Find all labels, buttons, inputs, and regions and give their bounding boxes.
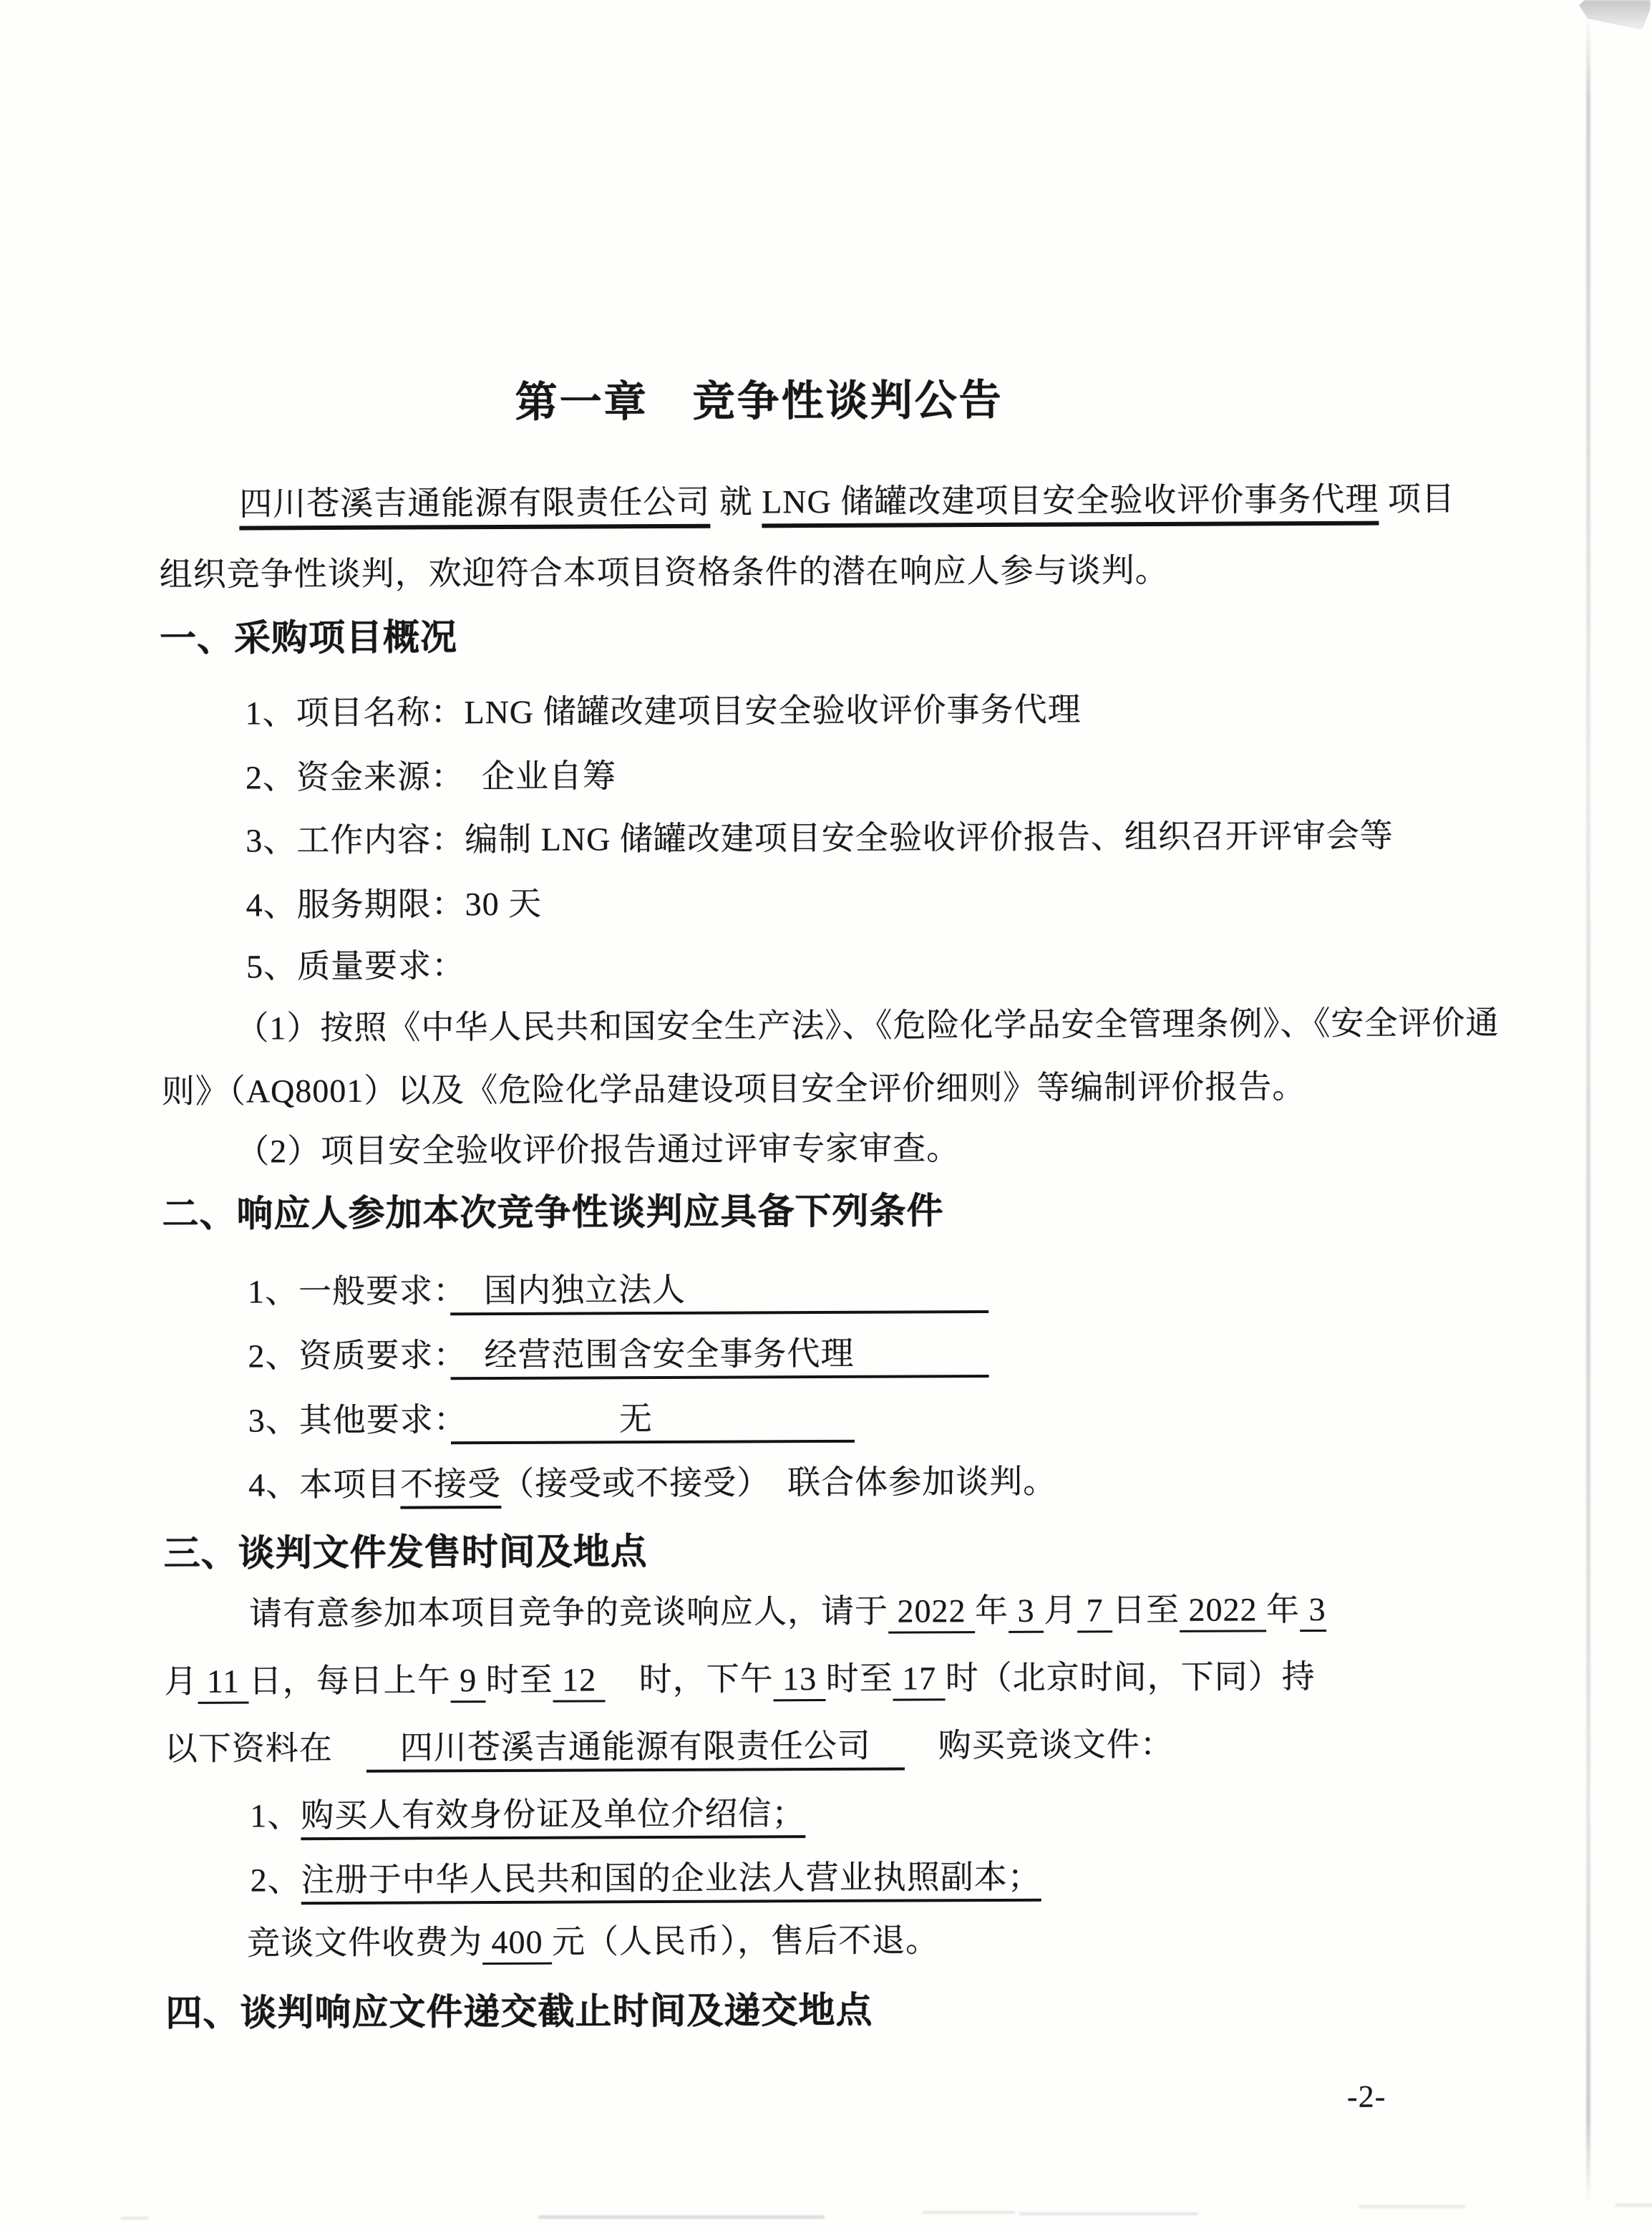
material1-text-underlined: 购买人有效身份证及单位介绍信； — [301, 1795, 805, 1840]
pm-to-hour-underlined: 17 — [893, 1660, 946, 1700]
intro-tail: 项目 — [1379, 480, 1455, 517]
fee-post: 元（人民币），售后不退。 — [552, 1922, 939, 1960]
s3-l2-text1: 月 — [164, 1663, 198, 1700]
s3-l1-text3: 月 — [1044, 1592, 1077, 1628]
document-content: 第一章 竞争性谈判公告 四川苍溪吉通能源有限责任公司 就 LNG 储罐改建项目安… — [0, 0, 1652, 2231]
s3-material-1: 1、购买人有效身份证及单位介绍信； — [250, 1787, 805, 1836]
year-end-underlined: 2022 — [1180, 1591, 1266, 1632]
s3-fee-line: 竞谈文件收费为 400 元（人民币），售后不退。 — [247, 1914, 939, 1964]
section1-heading: 一、采购项目概况 — [160, 607, 457, 662]
s2-item-consortium: 4、本项目不接受（接受或不接受） 联合体参加谈判。 — [248, 1456, 1056, 1506]
s2-item-general-req: 1、一般要求： 国内独立法人 — [248, 1262, 988, 1313]
year-start-underlined: 2022 — [888, 1592, 975, 1634]
month-start-underlined: 3 — [1009, 1592, 1044, 1633]
consortium-pre: 4、本项目 — [248, 1466, 400, 1504]
am-to-hour-underlined: 12 — [553, 1661, 606, 1702]
s3-l2-text6: 时（北京时间，下同）持 — [946, 1658, 1316, 1696]
day-start-underlined: 7 — [1077, 1592, 1112, 1632]
consortium-value-underlined: 不接受 — [400, 1466, 501, 1509]
s3-para-line1: 请有意参加本项目竞争的竞谈响应人，请于 2022 年 3 月 7 日至 2022… — [249, 1583, 1326, 1635]
s3-l2-text3: 时至 — [486, 1662, 553, 1698]
intro-joiner: 就 — [710, 483, 762, 520]
s3-l1-text1: 请有意参加本项目竞争的竞谈响应人，请于 — [249, 1593, 888, 1632]
pm-from-hour-underlined: 13 — [774, 1660, 826, 1701]
s1-item-project-name: 1、项目名称：LNG 储罐改建项目安全验收评价事务代理 — [245, 683, 1081, 734]
material2-num: 2、 — [251, 1862, 301, 1898]
s3-para-line3: 以下资料在 四川苍溪吉通能源有限责任公司 购买竞谈文件： — [165, 1718, 1174, 1770]
intro-line-1: 四川苍溪吉通能源有限责任公司 就 LNG 储罐改建项目安全验收评价事务代理 项目 — [239, 473, 1455, 525]
scan-artifact-smudge — [1615, 2204, 1652, 2207]
page-number: -2- — [1347, 2078, 1386, 2115]
other-req-value-underlined: 无 — [451, 1400, 855, 1444]
s3-l3-text2: 购买竞谈文件： — [905, 1726, 1174, 1764]
s3-l2-text5: 时至 — [826, 1660, 893, 1697]
s1-item-quality-req: 5、质量要求： — [246, 939, 465, 987]
section4-heading: 四、谈判响应文件递交截止时间及递交地点 — [165, 1980, 873, 2036]
intro-line-2: 组织竞争性谈判，欢迎符合本项目资格条件的潜在响应人参与谈判。 — [160, 544, 1169, 596]
s2-item-other-req: 3、其他要求： 无 — [248, 1392, 855, 1442]
day-end-underlined: 11 — [198, 1663, 249, 1704]
chapter-title: 第一章 竞争性谈判公告 — [0, 364, 1522, 431]
s1-quality-clause1-b: 则》（AQ8001）以及《危险化学品建设项目安全评价细则》等编制评价报告。 — [162, 1060, 1306, 1113]
consortium-post: （接受或不接受） 联合体参加谈判。 — [501, 1463, 1056, 1502]
scanned-document-page: 第一章 竞争性谈判公告 四川苍溪吉通能源有限责任公司 就 LNG 储罐改建项目安… — [0, 0, 1652, 2231]
s3-l2-text4: 时，下午 — [606, 1660, 774, 1698]
qualification-req-label: 2、资质要求： — [248, 1337, 450, 1374]
qualification-req-value-underlined: 经营范围含安全事务代理 — [450, 1335, 988, 1380]
section3-heading: 三、谈判文件发售时间及地点 — [163, 1521, 647, 1577]
scan-artifact-smudge — [538, 2215, 825, 2219]
scan-artifact-smudge — [1019, 2212, 1198, 2215]
s3-l2-text2: 日，每日上午 — [249, 1662, 451, 1699]
s3-para-line2: 月 11 日，每日上午 9 时至 12 时，下午 13 时至 17 时（北京时间… — [164, 1650, 1316, 1703]
material1-num: 1、 — [250, 1797, 301, 1834]
scan-artifact-smudge — [120, 2217, 149, 2220]
s3-l3-text1: 以下资料在 — [165, 1730, 333, 1767]
scan-artifact-smudge — [1359, 2205, 1466, 2208]
s1-item-fund-source: 2、资金来源： 企业自筹 — [246, 750, 616, 798]
fee-amount-underlined: 400 — [482, 1924, 552, 1965]
month-end-underlined: 3 — [1300, 1591, 1326, 1632]
s2-item-qualification-req: 2、资质要求： 经营范围含安全事务代理 — [248, 1327, 988, 1378]
s3-l1-text4: 日至 — [1112, 1592, 1180, 1628]
s1-quality-clause1-a: （1）按照《中华人民共和国安全生产法》、《危险化学品安全管理条例》、《安全评价通 — [235, 997, 1499, 1050]
s1-item-service-term: 4、服务期限：30 天 — [246, 878, 543, 926]
scan-artifact-smudge — [922, 2211, 1015, 2214]
s1-item-work-content: 3、工作内容：编制 LNG 储罐改建项目安全验收评价报告、组织召开评审会等 — [246, 810, 1394, 862]
project-name-underlined: LNG 储罐改建项目安全验收评价事务代理 — [762, 481, 1379, 528]
general-req-label: 1、一般要求： — [248, 1272, 450, 1310]
other-req-label: 3、其他要求： — [248, 1401, 451, 1438]
am-from-hour-underlined: 9 — [451, 1662, 486, 1703]
material2-text-underlined: 注册于中华人民共和国的企业法人营业执照副本； — [301, 1859, 1041, 1905]
s3-material-2: 2、注册于中华人民共和国的企业法人营业执照副本； — [250, 1851, 1041, 1902]
s1-quality-clause2: （2）项目安全验收评价报告通过评审专家审查。 — [236, 1122, 960, 1172]
general-req-value-underlined: 国内独立法人 — [450, 1270, 988, 1315]
purchaser-name-underlined: 四川苍溪吉通能源有限责任公司 — [239, 484, 710, 531]
sale-place-underlined: 四川苍溪吉通能源有限责任公司 — [366, 1728, 905, 1773]
scan-artifact-vertical-streak — [1586, 13, 1590, 2205]
fee-pre: 竞谈文件收费为 — [247, 1924, 482, 1961]
s3-l1-text5: 年 — [1266, 1591, 1300, 1627]
s3-l3-gap — [333, 1730, 366, 1766]
section2-heading: 二、响应人参加本次竞争性谈判应具备下列条件 — [162, 1181, 943, 1237]
s3-l1-text2: 年 — [975, 1592, 1009, 1629]
